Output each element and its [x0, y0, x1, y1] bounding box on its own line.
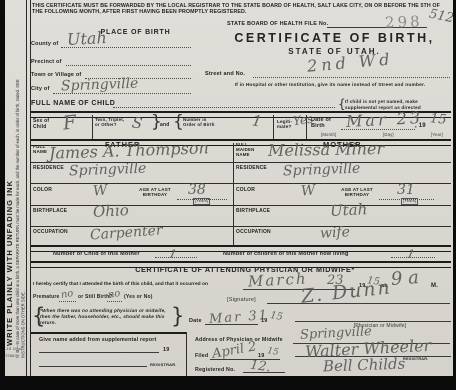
- premature-line: [59, 301, 76, 302]
- m-label: M.: [431, 283, 438, 290]
- mother-birthplace-value: Utah: [330, 202, 368, 219]
- precinct-line: [66, 65, 191, 66]
- physician-sig-line-2: [295, 321, 451, 322]
- mother-name-label: FULL MAIDEN NAME: [236, 142, 263, 158]
- registered-no-label: Registered No.: [195, 367, 235, 373]
- supplemental-line-1: [39, 352, 159, 353]
- father-residence-label: RESIDENCE: [33, 166, 64, 172]
- order-value: 1: [251, 113, 263, 129]
- father-years-label: [Years]: [193, 198, 210, 205]
- number-of-child-label: Number of Child of this Mother: [53, 251, 140, 257]
- dob-year-value: 15: [429, 112, 447, 127]
- father-occupation-value: Carpenter: [90, 223, 163, 242]
- supplemental-registrar-label: REGISTRAR.: [150, 363, 177, 368]
- ward-value: 2nd Wd: [306, 51, 394, 74]
- dob-year-sublabel: [Year]: [431, 133, 443, 138]
- sex-label: Sex of Child: [33, 119, 57, 131]
- file-no-stamp: 298: [385, 12, 423, 31]
- and-label: and: [160, 123, 170, 129]
- time-value: 9 a: [390, 269, 419, 289]
- supplemental-line-2: [39, 366, 147, 367]
- mother-age-label: AGE AT LAST BIRTHDAY: [335, 187, 379, 198]
- father-birthplace-value: Ohio: [93, 203, 130, 220]
- supplemental-label: Give name added from supplemental report: [39, 337, 157, 343]
- mother-occupation-label: OCCUPATION: [236, 230, 271, 236]
- certificate-paper: WRITE PLAINLY WITH UNFADING INK N. B.—In…: [5, 0, 453, 376]
- footnote-brace-right-icon: }: [171, 306, 184, 327]
- father-residence-value: Springville: [69, 162, 147, 179]
- mother-age-value: 31: [397, 183, 415, 197]
- sex-row-divider-1: [92, 115, 93, 140]
- county-label: County of: [31, 41, 58, 47]
- margin-nb-note: N. B.—In case of more than one child at …: [15, 58, 26, 358]
- margin-print-code: -15 10m: [5, 347, 21, 352]
- street-label: Street and No.: [205, 71, 245, 77]
- physician-date-year: 15: [269, 311, 283, 323]
- stillbirth-value: no: [107, 289, 121, 301]
- supplemental-box-top: [31, 332, 186, 334]
- certify-text: I hereby certify that I attended the bir…: [33, 282, 208, 288]
- hospital-note: If in Hospital or other Institution, giv…: [210, 83, 450, 89]
- certificate-title: CERTIFICATE OF BIRTH,: [217, 31, 452, 46]
- mother-residence-label: RESIDENCE: [236, 166, 267, 172]
- precinct-label: Precinct of: [31, 59, 62, 65]
- stillbirth-line: [107, 301, 122, 302]
- mother-color-value: W: [300, 183, 316, 198]
- physician-title: CERTIFICATE OF ATTENDING PHYSICIAN OR MI…: [95, 266, 395, 274]
- dob-day-sublabel: [Day]: [383, 133, 394, 138]
- sex-value: F: [62, 113, 77, 133]
- premature-value: no: [60, 289, 74, 301]
- father-age-label: AGE AT LAST BIRTHDAY: [133, 187, 177, 198]
- signature-label: [Signature]: [227, 297, 256, 303]
- parents-column-divider: [233, 143, 234, 246]
- father-age-value: 38: [188, 183, 206, 197]
- dob-label: Date of Birth: [311, 117, 341, 130]
- physician-date-label: Date: [189, 318, 202, 324]
- mother-color-label: COLOR: [236, 188, 255, 194]
- dob-month-sublabel: [Month]: [321, 133, 336, 138]
- physician-footnote: *When there was no attending physician o…: [40, 308, 171, 325]
- street-line: [253, 77, 450, 78]
- city-value: Springville: [61, 77, 139, 94]
- deputy-signature: Bell Childs: [323, 357, 406, 375]
- registrar-label: REGISTRAR.: [403, 357, 428, 361]
- physician-date-19: 19: [261, 318, 268, 324]
- margin-divider: [26, 0, 31, 376]
- children-living-label: Number of children of this Mother now li…: [223, 251, 349, 257]
- mother-occupation-value: wife: [320, 225, 351, 241]
- county-value: Utah: [67, 30, 108, 48]
- father-color-label: COLOR: [33, 188, 52, 194]
- mother-residence-value: Springville: [283, 162, 361, 179]
- full-name-of-child-label: FULL NAME OF CHILD: [31, 100, 115, 108]
- margin-print-code-2: 72867: [5, 354, 17, 359]
- dob-19-label: , 19: [415, 123, 426, 130]
- dob-value: Mar 23: [346, 110, 424, 130]
- file-no-handwritten: 512: [428, 8, 453, 26]
- bottom-divider: [186, 332, 187, 376]
- scanned-birth-certificate: WRITE PLAINLY WITH UNFADING INK N. B.—In…: [0, 0, 456, 390]
- margin-write-plainly: WRITE PLAINLY WITH UNFADING INK: [5, 96, 15, 346]
- city-label: City of: [31, 86, 50, 92]
- filed-year-value: 15: [266, 347, 279, 358]
- supplemental-19: 19: [163, 347, 170, 353]
- father-color-value: W: [92, 183, 108, 198]
- premature-label: Premature: [33, 295, 60, 301]
- occurred-month: March: [248, 271, 308, 289]
- father-birthplace-label: BIRTHPLACE: [33, 209, 67, 215]
- sex-row-divider-2: [273, 115, 274, 140]
- order-label: Number in Order of Birth: [183, 117, 216, 127]
- mother-name-value: Melissa Miner: [268, 141, 384, 159]
- registered-no-value: 12.: [249, 359, 271, 375]
- mother-years-label: [Years]: [401, 198, 418, 205]
- number-of-child-value: 1: [168, 247, 178, 260]
- full-name-line: [113, 107, 335, 108]
- signature-line: [267, 303, 450, 304]
- twin-value: S: [131, 115, 143, 131]
- children-living-value: 1: [406, 247, 416, 260]
- file-no-label: STATE BOARD OF HEALTH FILE No.: [227, 21, 328, 27]
- filed-label: Filed: [195, 353, 208, 359]
- mother-birthplace-label: BIRTHPLACE: [236, 209, 270, 215]
- father-name-value: James A. Thompson: [49, 140, 209, 162]
- twin-label: Twin, Triplet, or Other?: [95, 117, 126, 127]
- yes-no-label: (Yes or No): [124, 295, 153, 301]
- father-occupation-label: OCCUPATION: [33, 230, 68, 236]
